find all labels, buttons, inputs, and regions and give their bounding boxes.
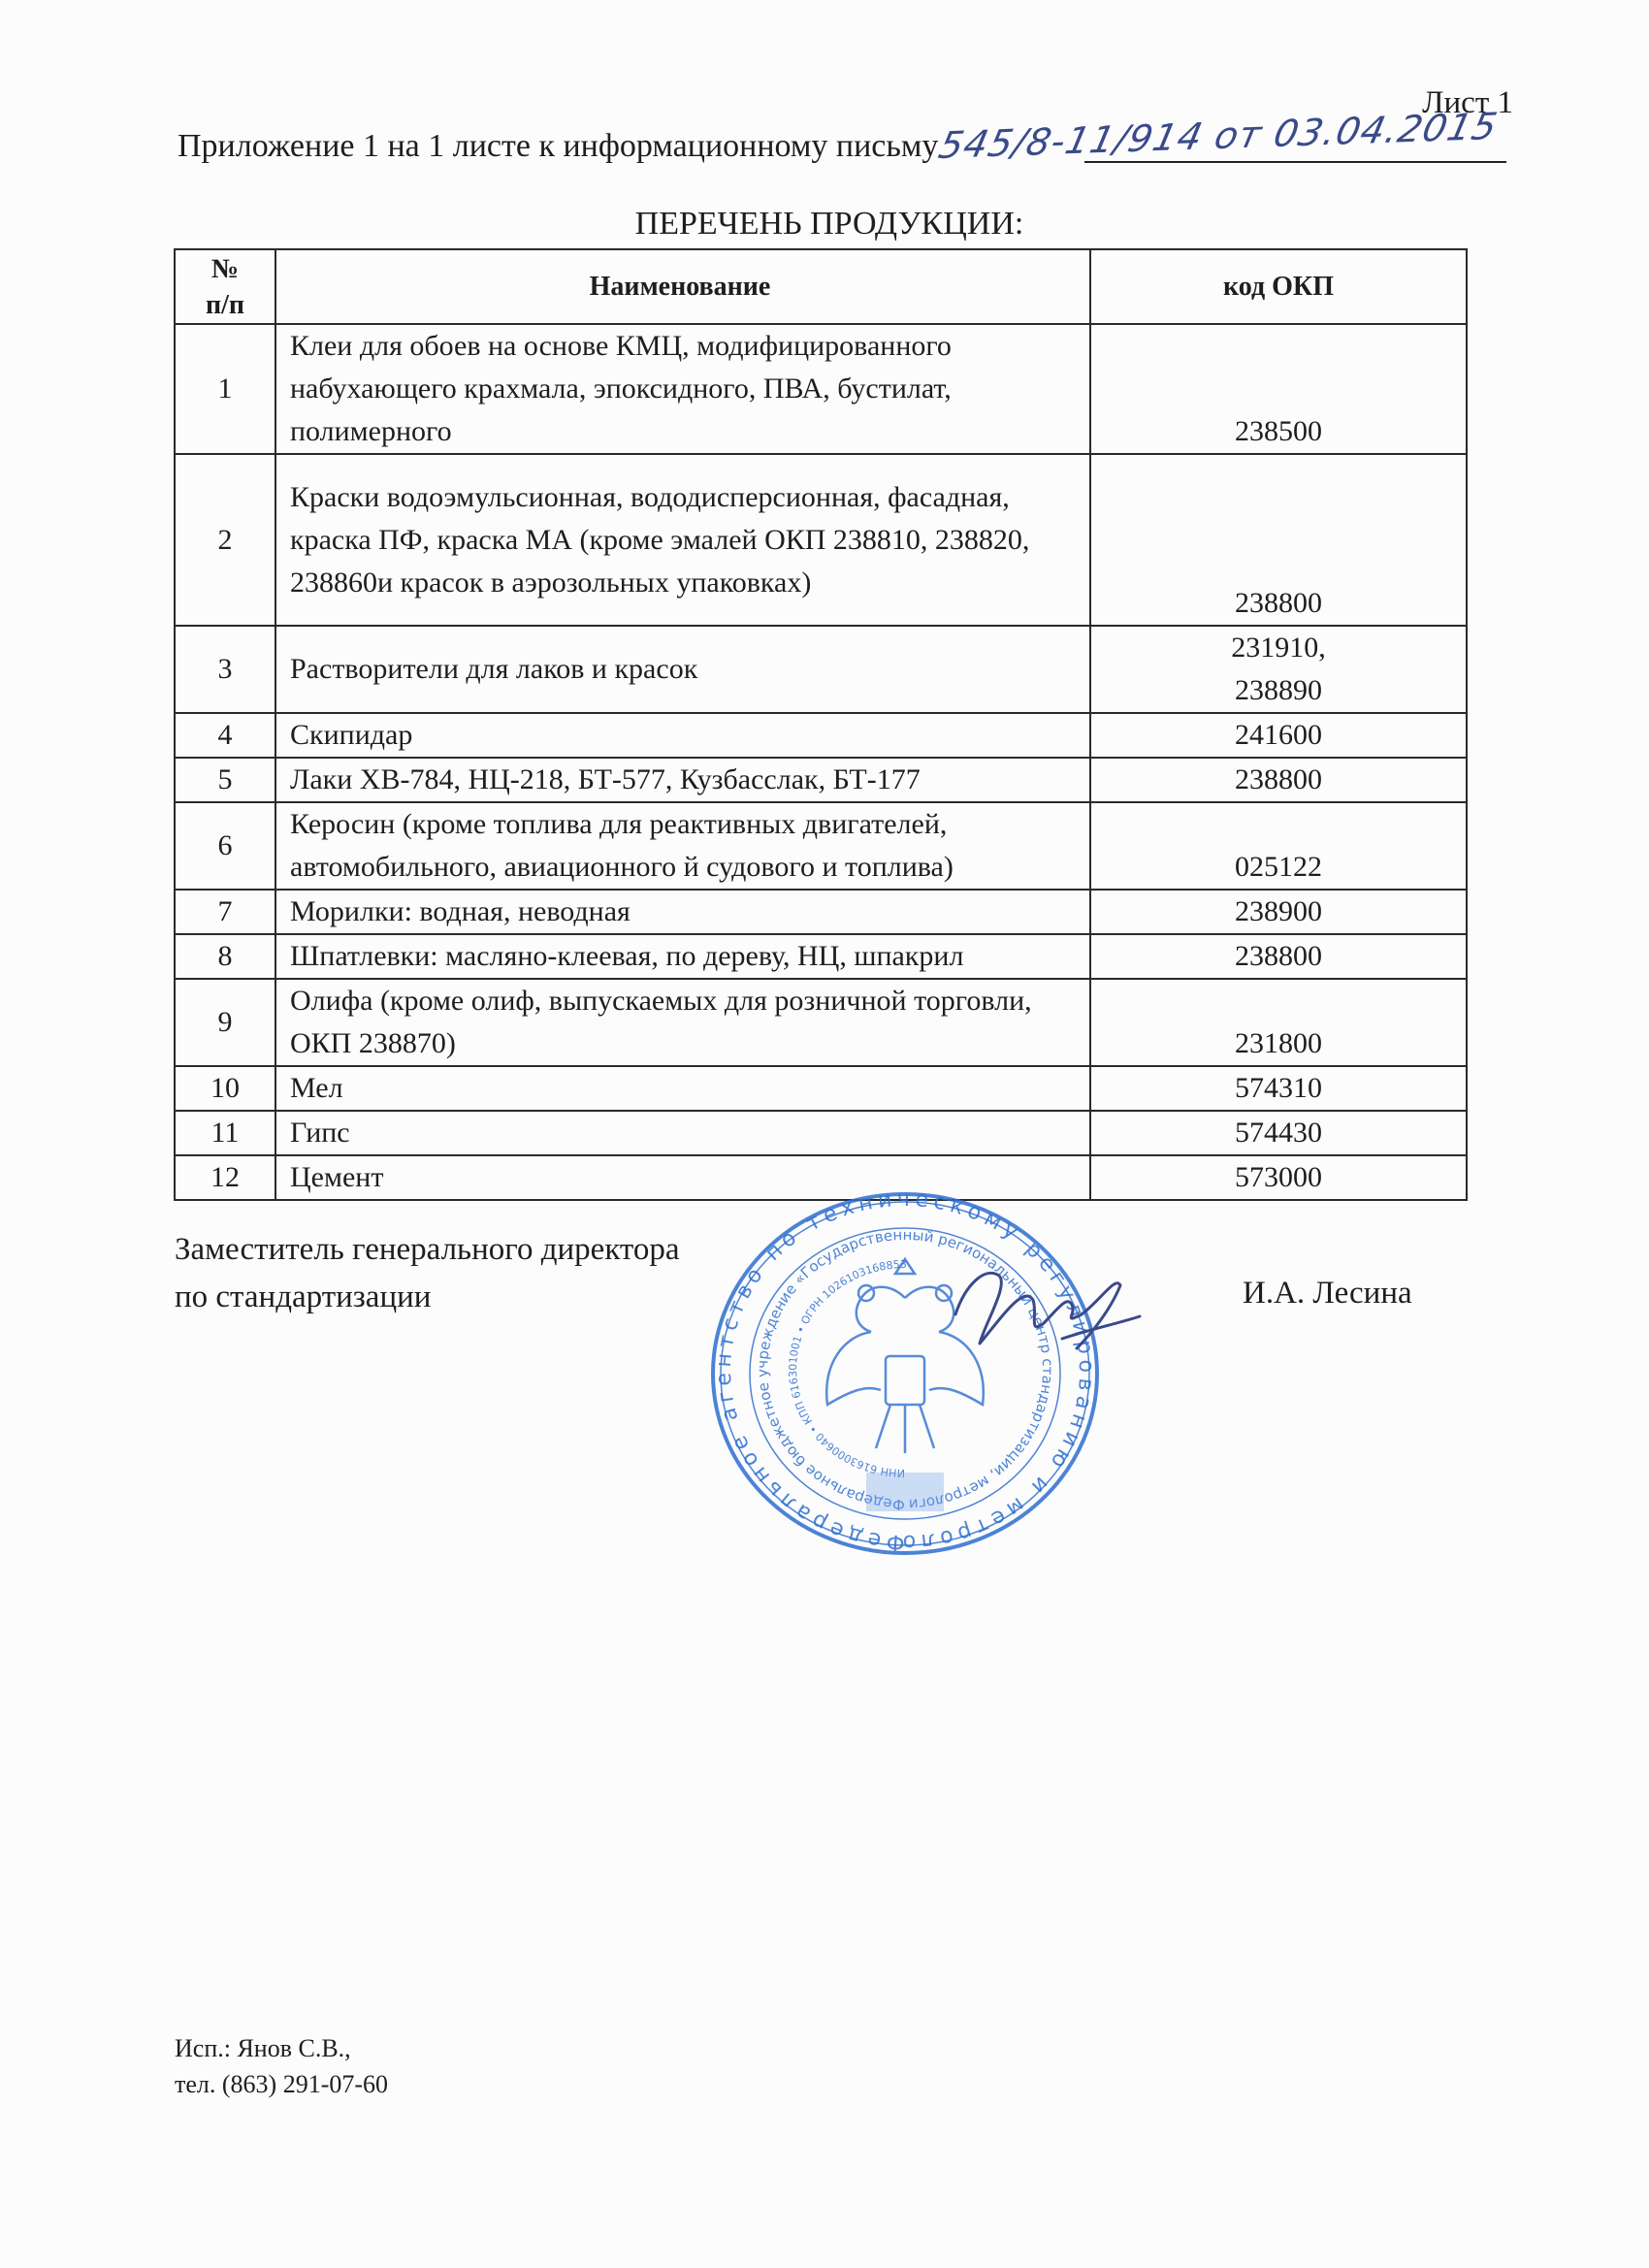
- signer-role: Заместитель генерального директора по ст…: [175, 1226, 680, 1321]
- product-name: Лаки ХВ-784, НЦ-218, БТ-577, Кузбасслак,…: [275, 758, 1090, 802]
- product-name: Морилки: водная, неводная: [275, 890, 1090, 934]
- handwritten-signature: [946, 1247, 1145, 1363]
- handwritten-letter-reference: 545/8-11/914 от 03.04.2015: [935, 105, 1502, 167]
- product-name: Клеи для обоев на основе КМЦ, модифициро…: [275, 324, 1090, 454]
- row-number: 9: [175, 979, 275, 1066]
- okp-code-value: 574430: [1091, 1112, 1466, 1154]
- product-name: Краски водоэмульсионная, вододисперсионн…: [275, 454, 1090, 626]
- row-number: 11: [175, 1111, 275, 1155]
- okp-code-value: 238890: [1091, 669, 1466, 712]
- table-row: 10Мел574310: [175, 1066, 1467, 1111]
- row-number: 12: [175, 1155, 275, 1200]
- okp-code: 574430: [1090, 1111, 1467, 1155]
- okp-code-value: 025122: [1091, 846, 1466, 889]
- table-row: 1Клеи для обоев на основе КМЦ, модифицир…: [175, 324, 1467, 454]
- table-row: 3Растворители для лаков и красок231910,2…: [175, 626, 1467, 713]
- header-number: № п/п: [175, 249, 275, 324]
- row-number: 8: [175, 934, 275, 979]
- okp-code-value: 238900: [1091, 891, 1466, 933]
- okp-code: 231800: [1090, 979, 1467, 1066]
- okp-code: 238800: [1090, 934, 1467, 979]
- okp-code-value: 238800: [1091, 935, 1466, 978]
- reference-underline: [1084, 161, 1506, 163]
- product-name: Растворители для лаков и красок: [275, 626, 1090, 713]
- appendix-text: Приложение 1 на 1 листе к информационном…: [178, 128, 938, 164]
- table-row: 6Керосин (кроме топлива для реактивных д…: [175, 802, 1467, 890]
- products-table: № п/п Наименование код ОКП 1Клеи для обо…: [174, 248, 1468, 1201]
- okp-code: 238500: [1090, 324, 1467, 454]
- table-row: 5Лаки ХВ-784, НЦ-218, БТ-577, Кузбасслак…: [175, 758, 1467, 802]
- okp-code-value: 241600: [1091, 714, 1466, 757]
- okp-code: 574310: [1090, 1066, 1467, 1111]
- product-name: Керосин (кроме топлива для реактивных дв…: [275, 802, 1090, 890]
- svg-text:ИНН 6163000640 • КПП 616301001: ИНН 6163000640 • КПП 616301001 • ОГРН 10…: [787, 1258, 907, 1479]
- header-name: Наименование: [275, 249, 1090, 324]
- row-number: 1: [175, 324, 275, 454]
- table-row: 4Скипидар241600: [175, 713, 1467, 758]
- table-row: 11Гипс574430: [175, 1111, 1467, 1155]
- table-row: 7Морилки: водная, неводная238900: [175, 890, 1467, 934]
- okp-code-value: 573000: [1091, 1156, 1466, 1199]
- okp-code: 238800: [1090, 454, 1467, 626]
- executor-phone: тел. (863) 291-07-60: [175, 2066, 388, 2102]
- table-body: 1Клеи для обоев на основе КМЦ, модифицир…: [175, 324, 1467, 1200]
- okp-code: 025122: [1090, 802, 1467, 890]
- okp-code: 241600: [1090, 713, 1467, 758]
- okp-code: 238900: [1090, 890, 1467, 934]
- signer-role-line-2: по стандартизации: [175, 1274, 680, 1321]
- list-title: ПЕРЕЧЕНЬ ПРОДУКЦИИ:: [0, 206, 1649, 243]
- executor-name: Исп.: Янов С.В.,: [175, 2030, 388, 2066]
- row-number: 10: [175, 1066, 275, 1111]
- row-number: 3: [175, 626, 275, 713]
- row-number: 2: [175, 454, 275, 626]
- okp-code-value: 231800: [1091, 1022, 1466, 1065]
- signer-name: И.А. Лесина: [1243, 1276, 1412, 1312]
- executor-info: Исп.: Янов С.В., тел. (863) 291-07-60: [175, 2030, 388, 2102]
- table-row: 2Краски водоэмульсионная, вододисперсион…: [175, 454, 1467, 626]
- row-number: 5: [175, 758, 275, 802]
- product-name: Скипидар: [275, 713, 1090, 758]
- okp-code: 231910,238890: [1090, 626, 1467, 713]
- okp-code-value: 231910,: [1091, 627, 1466, 669]
- table-row: 8Шпатлевки: масляно-клеевая, по дереву, …: [175, 934, 1467, 979]
- okp-code: 573000: [1090, 1155, 1467, 1200]
- okp-code: 238800: [1090, 758, 1467, 802]
- row-number: 6: [175, 802, 275, 890]
- product-name: Олифа (кроме олиф, выпускаемых для розни…: [275, 979, 1090, 1066]
- okp-code-value: 574310: [1091, 1067, 1466, 1110]
- product-name: Гипс: [275, 1111, 1090, 1155]
- okp-code-value: 238800: [1091, 759, 1466, 801]
- row-number: 4: [175, 713, 275, 758]
- okp-code-value: 238800: [1091, 582, 1466, 625]
- row-number: 7: [175, 890, 275, 934]
- appendix-heading: Приложение 1 на 1 листе к информационном…: [178, 122, 1495, 165]
- header-okp-code: код ОКП: [1090, 249, 1467, 324]
- product-name: Мел: [275, 1066, 1090, 1111]
- signer-role-line-1: Заместитель генерального директора: [175, 1226, 680, 1274]
- product-name: Шпатлевки: масляно-клеевая, по дереву, Н…: [275, 934, 1090, 979]
- table-row: 9Олифа (кроме олиф, выпускаемых для розн…: [175, 979, 1467, 1066]
- table-header-row: № п/п Наименование код ОКП: [175, 249, 1467, 324]
- okp-code-value: 238500: [1091, 410, 1466, 453]
